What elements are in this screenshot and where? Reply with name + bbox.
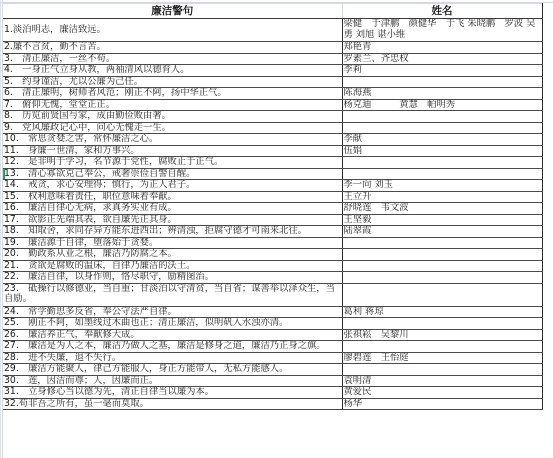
table-row: 20. 勤政系从业之根，廉洁乃防腐之本。 (3, 249, 542, 261)
name-cell[interactable]: 郑艳青 (342, 42, 542, 54)
quote-cell[interactable]: 25. 刚正不阿，如墨线过木曲也正；清正廉洁，似明矾入水浊亦清。 (3, 318, 342, 330)
quote-cell[interactable]: 13. 清心寡欲克己奉公，戒奢崇俭自警自醒。 (3, 168, 342, 180)
quote-cell[interactable]: 28. 进不失廉，退不失行。 (3, 352, 342, 364)
name-cell[interactable]: 李莉 (342, 65, 542, 77)
quote-cell[interactable]: 10. 常思贪婪之害，常怀廉洁之心。 (3, 134, 342, 146)
name-cell[interactable]: 陆翠霞 (342, 226, 542, 238)
name-cell[interactable]: 杨克迪 黄慧 帕明秀 (342, 99, 542, 111)
quote-cell[interactable]: 26. 廉洁养正气，奉献修大成。 (3, 329, 342, 341)
name-cell[interactable] (342, 76, 542, 88)
quote-cell[interactable]: 29. 廉洁方能聚人，律己方能服人，身正方能带人，无私方能感人。 (3, 364, 342, 376)
table-row: 19. 廉洁源于自律，堕落始于贪婪。 (3, 237, 542, 249)
name-cell[interactable]: 梁健 于津鹏 颜健华 于飞 朱晓鹏 罗波 吴勇 刘旭 谌小维 (342, 19, 542, 42)
quote-cell[interactable]: 4. 一身正气立身从教，两袖清风以德育人。 (3, 65, 342, 77)
name-cell[interactable]: 廖碧莲 王怡庭 (342, 352, 542, 364)
quote-cell[interactable]: 16. 廉洁自律心无病，求真务实业有成。 (3, 203, 342, 215)
quote-cell[interactable]: 20. 勤政系从业之根，廉洁乃防腐之本。 (3, 249, 342, 261)
table-row: 26. 廉洁养正气，奉献修大成。 张祺崧 吴黎川 (3, 329, 542, 341)
name-cell[interactable] (342, 111, 542, 123)
quote-cell[interactable]: 22. 廉洁自律，以身作则，恪尽职守，励精图治。 (3, 272, 342, 284)
table-row: 15. 权利意味着责任，职位意味着奉献。 王立升 (3, 191, 542, 203)
table-row: 27. 廉洁是为人之本，廉洁乃做人之基，廉洁是修身之道，廉洁乃正身之旗。 (3, 341, 542, 353)
quote-cell[interactable]: 27. 廉洁是为人之本，廉洁乃做人之基，廉洁是修身之道，廉洁乃正身之旗。 (3, 341, 342, 353)
table-row: 10. 常思贪婪之害，常怀廉洁之心。 李献 (3, 134, 542, 146)
name-cell[interactable] (342, 341, 542, 353)
table-row: 22. 廉洁自律，以身作则，恪尽职守，励精图治。 (3, 272, 542, 284)
quotes-table: 廉洁警句 姓名 1.淡泊明志，廉洁致远。 梁健 于津鹏 颜健华 于飞 朱晓鹏 罗… (3, 3, 543, 410)
name-cell[interactable] (342, 157, 542, 169)
quote-cell[interactable]: 11. 身廉一世清，家和万事兴。 (3, 145, 342, 157)
quote-cell[interactable]: 21. 贪欲是腐败的温床，自律乃廉洁的沃土。 (3, 260, 342, 272)
table-row: 1.淡泊明志，廉洁致远。 梁健 于津鹏 颜健华 于飞 朱晓鹏 罗波 吴勇 刘旭 … (3, 19, 542, 42)
name-cell[interactable]: 袁明清 (342, 375, 542, 387)
table-row: 30. 莲，因洁而尊；人，因廉而正。 袁明清 (3, 375, 542, 387)
table-row: 17. 欲影正先端其表，欲自廉先正其身。 王坚毅 (3, 214, 542, 226)
name-cell[interactable] (342, 318, 542, 330)
table-row: 9. 党风廉政记心中，问心无愧走一生。 (3, 122, 542, 134)
quote-cell[interactable]: 31. 立身修心当以德为先，清正自律当以廉为本。 (3, 387, 342, 399)
name-cell[interactable] (342, 122, 542, 134)
table-row: 8. 历览前贤国与家，成由勤俭败由奢。 (3, 111, 542, 123)
quote-cell[interactable]: 2.廉不言贫，勤不言苦。 (3, 42, 342, 54)
header-quote-cell[interactable]: 廉洁警句 (3, 4, 342, 19)
quote-cell[interactable]: 24. 常学勤思多反省，奉公守法严自律。 (3, 306, 342, 318)
name-cell[interactable]: 张祺崧 吴黎川 (342, 329, 542, 341)
table-row: 23. 砥操行以修德业，当自重；甘淡泊以守清贫，当自省；谋善举以泽众生，当自励。 (3, 283, 542, 306)
quote-cell[interactable]: 7. 俯仰无愧，堂堂正正。 (3, 99, 342, 111)
quote-cell[interactable]: 5. 约身谨洁，尤以公廉为己任。 (3, 76, 342, 88)
quote-cell[interactable]: 1.淡泊明志，廉洁致远。 (3, 19, 342, 42)
name-cell[interactable]: 李一向 刘玉 (342, 180, 542, 192)
quote-cell[interactable]: 23. 砥操行以修德业，当自重；甘淡泊以守清贫，当自省；谋善举以泽众生，当自励。 (3, 283, 342, 306)
table-row: 21. 贪欲是腐败的温床，自律乃廉洁的沃土。 (3, 260, 542, 272)
quote-cell[interactable]: 32.苟非吾之所有，虽一毫而莫取。 (3, 398, 342, 410)
table-row: 7. 俯仰无愧，堂堂正正。 杨克迪 黄慧 帕明秀 (3, 99, 542, 111)
quote-cell[interactable]: 12. 是非明于学习，名节源于党性，腐败止于正气。 (3, 157, 342, 169)
quote-cell[interactable]: 6. 清正廉明，树师者风范；刚正不阿，扬中华正气。 (3, 88, 342, 100)
table-row: 16. 廉洁自律心无病，求真务实业有成。 舒晓莲 韦文波 (3, 203, 542, 215)
name-cell[interactable] (342, 249, 542, 261)
table-row: 29. 廉洁方能聚人，律己方能服人，身正方能带人，无私方能感人。 (3, 364, 542, 376)
table-row: 28. 进不失廉，退不失行。 廖碧莲 王怡庭 (3, 352, 542, 364)
quote-cell[interactable]: 8. 历览前贤国与家，成由勤俭败由奢。 (3, 111, 342, 123)
quote-cell[interactable]: 3. 清正廉洁，一丝不苟。 (3, 53, 342, 65)
name-cell[interactable]: 李献 (342, 134, 542, 146)
header-name-cell[interactable]: 姓名 (342, 4, 542, 19)
quote-cell[interactable]: 17. 欲影正先端其表，欲自廉先正其身。 (3, 214, 342, 226)
table-row: 25. 刚正不阿，如墨线过木曲也正；清正廉洁，似明矾入水浊亦清。 (3, 318, 542, 330)
name-cell[interactable]: 王立升 (342, 191, 542, 203)
table-row: 12. 是非明于学习，名节源于党性，腐败止于正气。 (3, 157, 542, 169)
name-cell[interactable]: 伍娟 (342, 145, 542, 157)
quote-cell[interactable]: 14. 戒贪，求心安理得；慎行，为正人君子。 (3, 180, 342, 192)
quote-cell[interactable]: 18. 知取舍，求同存异方能东进西出；辨清浊，拒腐守德才可南来北往。 (3, 226, 342, 238)
table-row: 4. 一身正气立身从教，两袖清风以德育人。 李莉 (3, 65, 542, 77)
name-cell[interactable] (342, 283, 542, 306)
quote-cell[interactable]: 15. 权利意味着责任，职位意味着奉献。 (3, 191, 342, 203)
table-row: 5. 约身谨洁，尤以公廉为己任。 (3, 76, 542, 88)
table-row: 11. 身廉一世清，家和万事兴。 伍娟 (3, 145, 542, 157)
name-cell[interactable]: 陈海燕 (342, 88, 542, 100)
table-row: 31. 立身修心当以德为先，清正自律当以廉为本。 黄爱民 (3, 387, 542, 399)
name-cell[interactable]: 杨华 (342, 398, 542, 410)
name-cell[interactable] (342, 237, 542, 249)
name-cell[interactable] (342, 272, 542, 284)
table-row: 18. 知取舍，求同存异方能东进西出；辨清浊，拒腐守德才可南来北往。 陆翠霞 (3, 226, 542, 238)
table-row: 2.廉不言贫，勤不言苦。 郑艳青 (3, 42, 542, 54)
table-row: 24. 常学勤思多反省，奉公守法严自律。 葛利 蒋琼 (3, 306, 542, 318)
quote-cell[interactable]: 30. 莲，因洁而尊；人，因廉而正。 (3, 375, 342, 387)
name-cell[interactable]: 舒晓莲 韦文波 (342, 203, 542, 215)
table-row: 32.苟非吾之所有，虽一毫而莫取。 杨华 (3, 398, 542, 410)
table-row: 14. 戒贪，求心安理得；慎行，为正人君子。 李一向 刘玉 (3, 180, 542, 192)
quote-cell[interactable]: 19. 廉洁源于自律，堕落始于贪婪。 (3, 237, 342, 249)
name-cell[interactable] (342, 260, 542, 272)
name-cell[interactable] (342, 364, 542, 376)
name-cell[interactable]: 黄爱民 (342, 387, 542, 399)
table-row: 3. 清正廉洁，一丝不苟。 罗素兰、齐忠权 (3, 53, 542, 65)
name-cell[interactable]: 王坚毅 (342, 214, 542, 226)
table-row-selected: 13. 清心寡欲克己奉公，戒奢崇俭自警自醒。 (3, 168, 542, 180)
quote-cell[interactable]: 9. 党风廉政记心中，问心无愧走一生。 (3, 122, 342, 134)
name-cell[interactable] (342, 168, 542, 180)
table-row: 6. 清正廉明，树师者风范；刚正不阿，扬中华正气。 陈海燕 (3, 88, 542, 100)
header-row: 廉洁警句 姓名 (3, 4, 542, 19)
name-cell[interactable]: 葛利 蒋琼 (342, 306, 542, 318)
name-cell[interactable]: 罗素兰、齐忠权 (342, 53, 542, 65)
